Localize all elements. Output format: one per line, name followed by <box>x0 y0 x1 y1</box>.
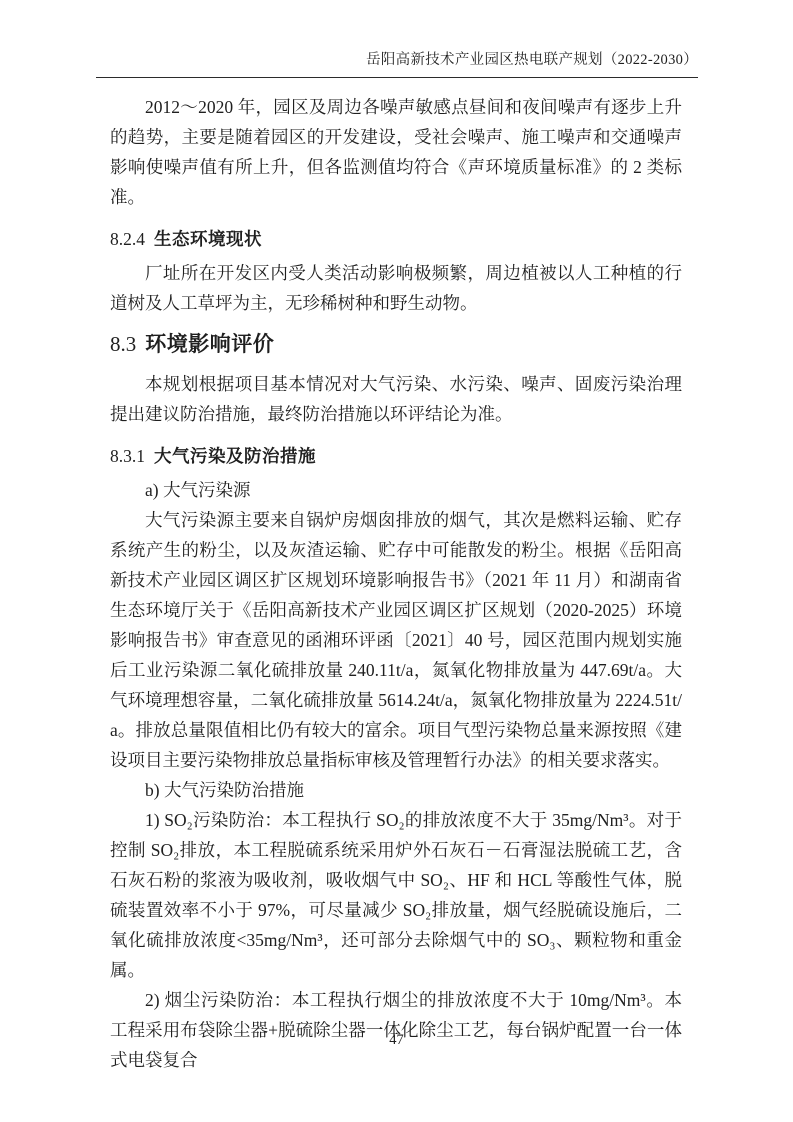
page-header: 岳阳高新技术产业园区热电联产规划（2022-2030） <box>96 50 698 78</box>
heading-8-3: 8.3环境影响评价 <box>110 328 682 361</box>
header-title: 岳阳高新技术产业园区热电联产规划（2022-2030） <box>366 52 698 68</box>
list-item-b-control-measures: b) 大气污染防治措施 <box>110 775 682 805</box>
heading-8-2-4: 8.2.4生态环境现状 <box>110 224 682 254</box>
heading-title: 生态环境现状 <box>154 229 262 249</box>
page-footer: 47 <box>0 1030 793 1050</box>
document-body: 2012～2020 年，园区及周边各噪声敏感点昼间和夜间噪声有逐步上升的趋势，主… <box>110 92 682 1075</box>
paragraph-eia-intro: 本规划根据项目基本情况对大气污染、水污染、噪声、固废污染治理提出建议防治措施，最… <box>110 369 682 429</box>
list-item-a-air-sources: a) 大气污染源 <box>110 475 682 505</box>
page-number: 47 <box>389 1032 404 1048</box>
paragraph-air-pollution-sources: 大气污染源主要来自锅炉房烟囱排放的烟气，其次是燃料运输、贮存系统产生的粉尘，以及… <box>110 505 682 775</box>
heading-number: 8.3 <box>110 332 136 356</box>
document-page: 岳阳高新技术产业园区热电联产规划（2022-2030） 2012～2020 年，… <box>0 0 793 1122</box>
heading-title: 大气污染及防治措施 <box>154 446 316 466</box>
heading-8-3-1: 8.3.1大气污染及防治措施 <box>110 441 682 471</box>
heading-number: 8.3.1 <box>110 446 145 466</box>
paragraph-so2-control: 1) SO₂污染防治：本工程执行 SO₂的排放浓度不大于 35mg/Nm³。对于… <box>110 805 682 985</box>
heading-title: 环境影响评价 <box>145 333 274 356</box>
heading-number: 8.2.4 <box>110 229 145 249</box>
paragraph-noise-trend: 2012～2020 年，园区及周边各噪声敏感点昼间和夜间噪声有逐步上升的趋势，主… <box>110 92 682 212</box>
paragraph-ecology: 厂址所在开发区内受人类活动影响极频繁，周边植被以人工种植的行道树及人工草坪为主，… <box>110 258 682 318</box>
